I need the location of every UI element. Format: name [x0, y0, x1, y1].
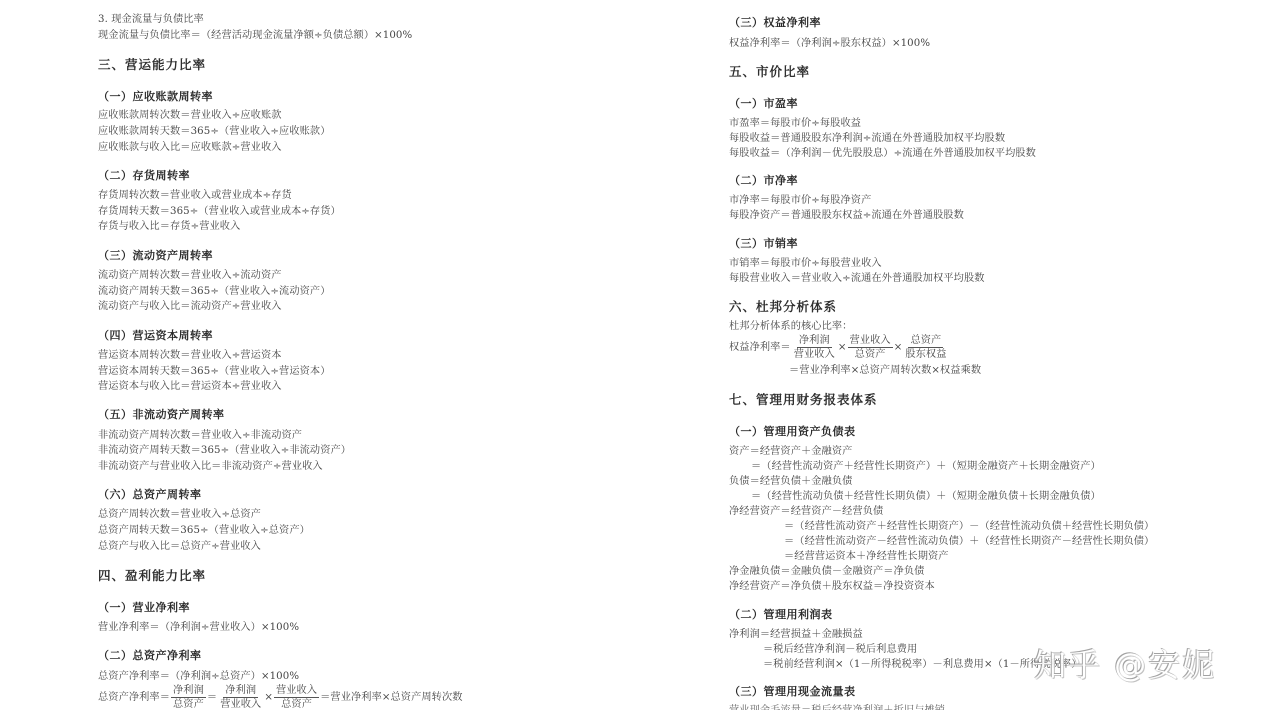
section-title-management-statements: 七、管理用财务报表体系	[729, 390, 878, 408]
formula-line: 应收账款周转天数＝365÷（营业收入÷应收账款）	[98, 124, 330, 139]
formula-line: 每股收益＝普通股股东净利润÷流通在外普通股加权平均股数	[729, 131, 1005, 146]
formula-line: ＝税后经营净利润－税后利息费用	[763, 642, 917, 657]
numerator: 净利润	[797, 334, 832, 348]
subsection-title: （二）总资产净利率	[98, 647, 202, 663]
cash-flow-formula: 现金流量与负债比率＝（经营活动现金流量净额÷负债总额）×100%	[98, 28, 412, 43]
fraction-formula-dupont: 权益净利率＝净利润营业收入×营业收入总资产×总资产股东权益	[729, 334, 949, 361]
formula-line: 每股营业收入＝营业收入÷流通在外普通股加权平均股数	[729, 271, 985, 286]
formula-line: 流动资产周转次数＝营业收入÷流动资产	[98, 268, 282, 283]
formula-line: 存货周转次数＝营业收入或营业成本÷存货	[98, 188, 292, 203]
formula-line: 营运资本与收入比＝营运资本÷营业收入	[98, 379, 282, 394]
formula-line: 每股净资产＝普通股股东权益÷流通在外普通股股数	[729, 208, 964, 223]
subsection-title: （三）市销率	[729, 235, 798, 251]
formula-line: 总资产周转天数＝365÷（营业收入÷总资产）	[98, 523, 310, 538]
formula-line: ＝（经营性流动资产＋经营性长期资产）－（经营性流动负债＋经营性长期负债）	[784, 519, 1154, 534]
formula-line: 负债＝经营负债＋金融负债	[729, 474, 852, 489]
formula-line: 净经营资产＝经营资产－经营负债	[729, 504, 883, 519]
numerator: 营业收入	[848, 334, 893, 348]
formula-line: 净经营资产＝净负债＋股东权益＝净投资资本	[729, 579, 935, 594]
dupont-intro: 杜邦分析体系的核心比率：	[729, 319, 852, 334]
dupont-result: ＝营业净利率×总资产周转次数×权益乘数	[789, 363, 981, 378]
cash-flow-heading: 3. 现金流量与负债比率	[98, 12, 204, 27]
operator: ×	[894, 342, 903, 353]
formula-line: 存货与收入比＝存货÷营业收入	[98, 219, 240, 234]
formula-line: 存货周转天数＝365÷（营业收入或营业成本÷存货）	[98, 204, 341, 219]
denominator: 总资产	[279, 698, 314, 710]
subsection-title: （五）非流动资产周转率	[98, 406, 225, 422]
section-title-profitability: 四、盈利能力比率	[98, 566, 206, 584]
fraction: 净利润总资产	[171, 684, 206, 710]
subsection-title: （六）总资产周转率	[98, 486, 202, 502]
fraction-formula-roa: 总资产净利率＝净利润总资产＝净利润营业收入×营业收入总资产＝营业净利率×总资产周…	[98, 684, 463, 710]
formula-line: 总资产周转次数＝营业收入÷总资产	[98, 507, 261, 522]
formula-line: ＝经营营运资本＋净经营性长期资产	[784, 549, 949, 564]
subsection-title: （一）市盈率	[729, 95, 798, 111]
formula-line: 净金融负债＝金融负债－金融资产＝净负债	[729, 564, 924, 579]
subsection-title: （一）管理用资产负债表	[729, 423, 856, 439]
subsection-title: （三）流动资产周转率	[98, 247, 213, 263]
denominator: 总资产	[853, 348, 888, 361]
formula-line: 应收账款周转次数＝营业收入÷应收账款	[98, 108, 282, 123]
section-title-operating-ratios: 三、营运能力比率	[98, 55, 206, 73]
formula-line: 应收账款与收入比＝应收账款÷营业收入	[98, 140, 282, 155]
formula-line: 市盈率＝每股市价÷每股收益	[729, 116, 861, 131]
subsection-title: （二）市净率	[729, 172, 798, 188]
formula-lhs: 权益净利率＝	[729, 342, 791, 353]
formula-line: 流动资产与收入比＝流动资产÷营业收入	[98, 299, 282, 314]
operator: ×	[838, 342, 847, 353]
formula-line: 市净率＝每股市价÷每股净资产	[729, 193, 871, 208]
subsection-title: （二）存货周转率	[98, 167, 190, 183]
denominator: 股东权益	[903, 348, 948, 361]
subsection-title: （一）营业净利率	[98, 599, 190, 615]
formula-line: 非流动资产与营业收入比＝非流动资产÷营业收入	[98, 459, 323, 474]
fraction: 营业收入总资产	[848, 334, 893, 361]
formula-lhs: 总资产净利率＝	[98, 692, 170, 703]
fraction: 净利润营业收入	[218, 684, 263, 710]
formula-line: 流动资产周转天数＝365÷（营业收入÷流动资产）	[98, 284, 330, 299]
formula-line: 营业净利率＝（净利润÷营业收入）×100%	[98, 620, 299, 635]
formula-rhs: ＝营业净利率×总资产周转次数	[320, 692, 462, 703]
formula-line: 权益净利率＝（净利润÷股东权益）×100%	[729, 36, 930, 51]
formula-line: 市销率＝每股市价÷每股营业收入	[729, 256, 882, 271]
numerator: 总资产	[908, 334, 943, 348]
formula-line: 非流动资产周转次数＝营业收入÷非流动资产	[98, 428, 302, 443]
denominator: 营业收入	[218, 698, 263, 710]
subsection-title: （四）营运资本周转率	[98, 327, 213, 343]
subsection-title: （二）管理用利润表	[729, 606, 833, 622]
formula-line: 非流动资产周转天数＝365÷（营业收入÷非流动资产）	[98, 443, 351, 458]
formula-line-cut-off: 营业现金毛流量＝税后经营净利润＋折旧与摊销	[729, 703, 945, 710]
subsection-title: （三）权益净利率	[729, 14, 821, 30]
zhihu-watermark: 知乎 @安妮	[1034, 640, 1216, 686]
formula-line: ＝（经营性流动负债＋经营性长期负债）＋（短期金融负债＋长期金融负债）	[751, 489, 1101, 504]
formula-line: 营运资本周转天数＝365÷（营业收入÷营运资本）	[98, 364, 330, 379]
fraction: 总资产股东权益	[903, 334, 948, 361]
formula-line: ＝（经营性流动资产－经营性流动负债）＋（经营性长期资产－经营性长期负债）	[784, 534, 1154, 549]
formula-line: 总资产与收入比＝总资产÷营业收入	[98, 539, 261, 554]
section-title-dupont: 六、杜邦分析体系	[729, 297, 837, 315]
formula-line: 总资产净利率＝（净利润÷总资产）×100%	[98, 669, 299, 684]
numerator: 净利润	[171, 684, 206, 698]
formula-line: 每股收益＝（净利润－优先股股息）÷流通在外普通股加权平均股数	[729, 146, 1036, 161]
subsection-title: （一）应收账款周转率	[98, 88, 213, 104]
denominator: 营业收入	[792, 348, 837, 361]
subsection-title: （三）管理用现金流量表	[729, 683, 856, 699]
operator: ×	[264, 692, 273, 703]
formula-line: ＝（经营性流动资产＋经营性长期资产）＋（短期金融资产＋长期金融资产）	[751, 459, 1101, 474]
numerator: 营业收入	[274, 684, 319, 698]
numerator: 净利润	[223, 684, 258, 698]
fraction: 营业收入总资产	[274, 684, 319, 710]
formula-line: 净利润＝经营损益＋金融损益	[729, 627, 863, 642]
fraction: 净利润营业收入	[792, 334, 837, 361]
section-title-market-ratios: 五、市价比率	[729, 62, 810, 80]
formula-line: 资产＝经营资产＋金融资产	[729, 444, 852, 459]
formula-line: 营运资本周转次数＝营业收入÷营运资本	[98, 348, 282, 363]
denominator: 总资产	[171, 698, 206, 710]
operator: ＝	[207, 692, 217, 703]
